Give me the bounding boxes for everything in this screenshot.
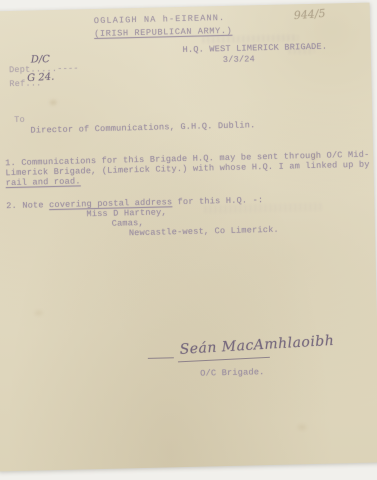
signature-title: O/C Brigade. [200, 367, 265, 379]
signature-underline [178, 357, 270, 363]
date-line: 3/3/24 [223, 54, 255, 65]
ref-value-handwritten: G 24. [27, 72, 55, 85]
para2-intro-post: for this H.Q. -: [172, 195, 263, 207]
document-page: OGLAIGH NA h-EIREANN. (IRISH REPUBLICAN … [0, 3, 377, 472]
para1-line3-underlined: rail and road. [6, 176, 81, 188]
fox-spot [297, 424, 306, 430]
recipient-line: Director of Communications, G.H.Q. Dubli… [30, 120, 255, 135]
dept-value-handwritten: D/C [31, 54, 50, 65]
fox-spot [35, 310, 43, 315]
scan-stage: OGLAIGH NA h-EIREANN. (IRISH REPUBLICAN … [0, 0, 377, 480]
hq-line: H.Q. WEST LIMERICK BRIGADE. [182, 42, 327, 55]
fox-spot [50, 100, 57, 105]
archive-reference-pencil: 944/5 [293, 7, 326, 22]
pen-dash [148, 357, 174, 359]
fox-spot [311, 154, 317, 160]
para2-intro-pre: 2. Note [6, 200, 49, 211]
to-label: To [14, 115, 25, 125]
letterhead-org-irish: OGLAIGH NA h-EIREANN. [94, 13, 226, 26]
address-line-3: Newcastle-west, Co Limerick. [129, 225, 279, 239]
letterhead-org-english: (IRISH REPUBLICAN ARMY.) [94, 26, 232, 39]
signature-handwritten: Seán MacAmhlaoibh [179, 333, 334, 358]
